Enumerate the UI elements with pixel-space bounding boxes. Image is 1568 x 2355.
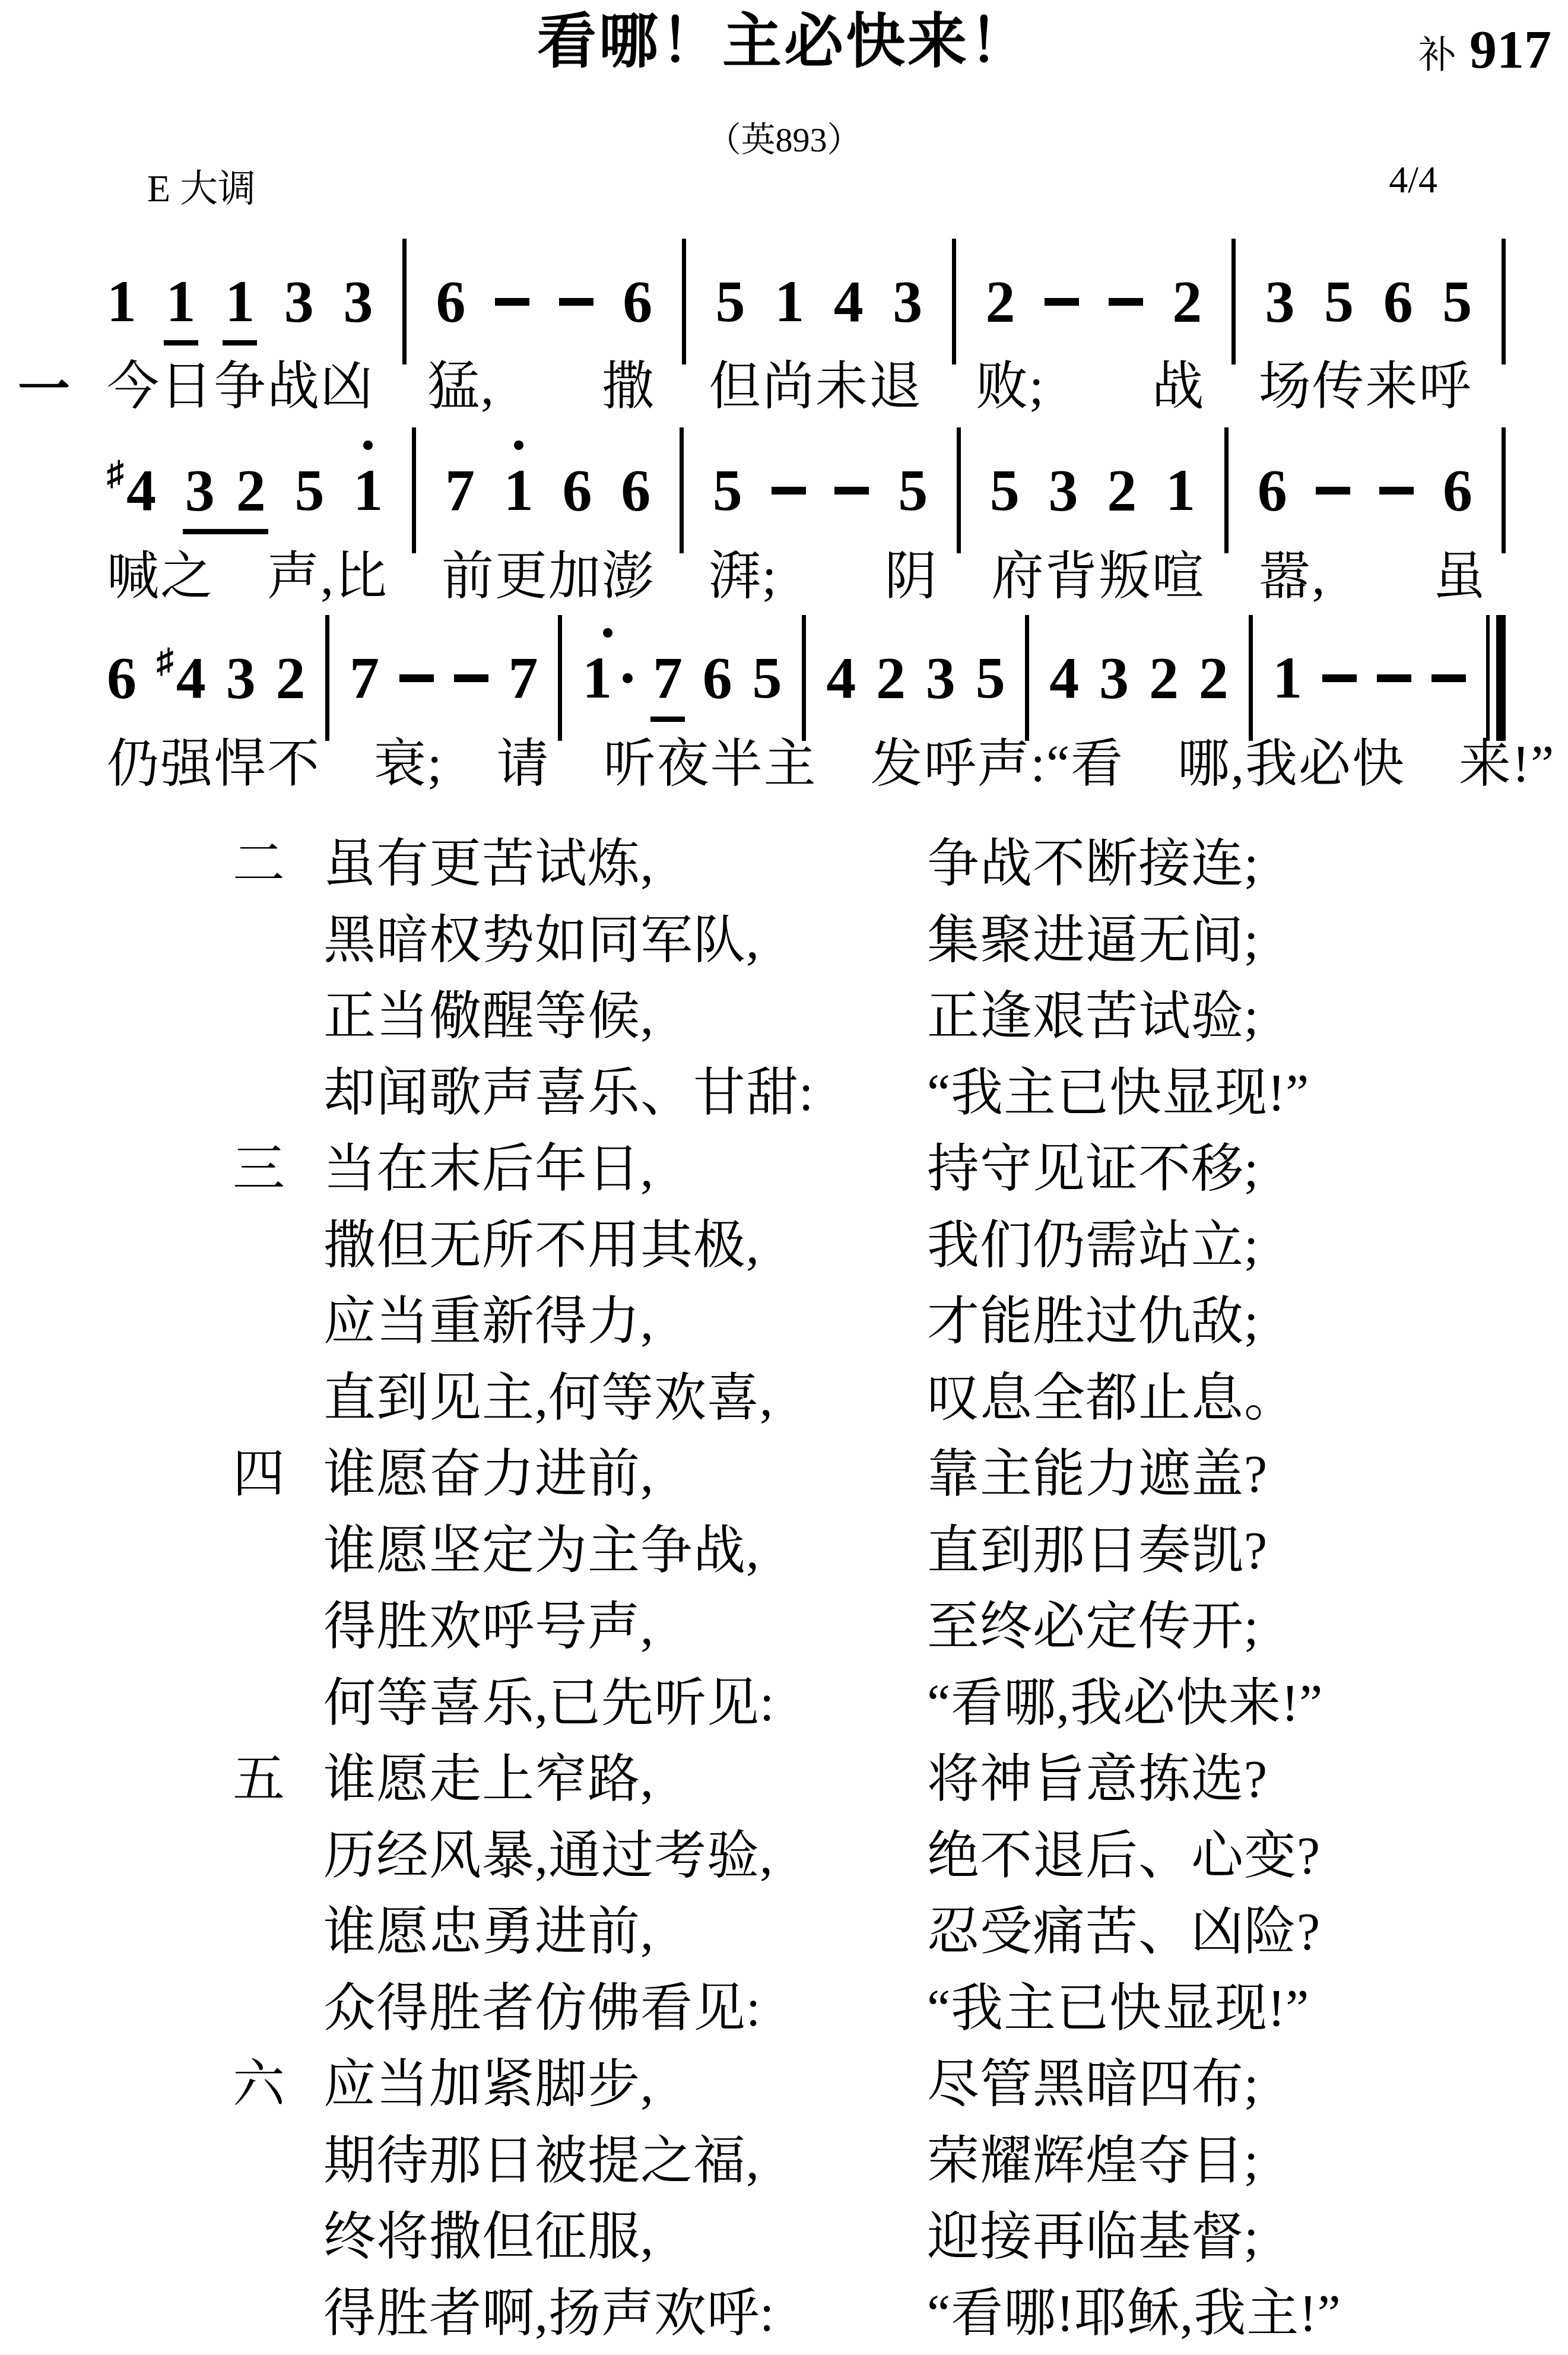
barline [1224,427,1229,553]
verse-text-right: 叹息全都止息。 [927,1373,1297,1425]
duration-dash [1431,674,1466,682]
barline [558,615,562,741]
note-digit: 1 [775,272,804,331]
hymn-subtitle: （英893） [0,112,1568,161]
sharp-accidental: ♯ [157,644,174,679]
verse-line: 众得胜者仿佛看见:“我主已快显现!” [0,1971,1568,2047]
note: 1 [1272,648,1302,708]
note-digit: 1 [225,272,255,331]
augmentation-dot [623,673,633,683]
note: 5 [295,461,325,520]
note-digit: 5 [295,461,325,520]
verse-text-left: 应当重新得力, [323,1296,654,1348]
verse-text-left: 正当儆醒等候, [323,991,654,1043]
verse-line: 六应当加紧脚步,尽管黑暗四布; [0,2047,1568,2123]
duration-dash [399,674,434,682]
duration-dash [1377,674,1411,682]
note: 5 [716,272,745,331]
verse-number: 三 [233,1143,285,1196]
barline [682,239,686,364]
verse-text-right: 争战不断接连; [927,838,1259,890]
verse-line: 得胜欢呼号声,至终必定传开; [0,1589,1568,1666]
note: 5 [1324,272,1354,331]
note-digit: 2 [275,648,305,708]
note: 1 [775,272,804,331]
note: 2 [1199,648,1229,708]
note-digit: 2 [876,648,906,708]
hymn-number: 补 917 [1418,18,1551,81]
verse-text-left: 撒但无所不用其极, [323,1220,760,1272]
lyric-line-2: 喊之 声,比 前更加澎 湃; 阴 府背叛喧 嚣, 虽 [107,551,1486,603]
note: 6 [703,648,732,708]
note-digit: 6 [1258,461,1287,520]
note-digit: 3 [893,272,922,331]
verse-line: 何等喜乐,已先听见:“看哪,我必快来!” [0,1666,1568,1742]
octave-dot [514,440,523,450]
note-digit: 5 [716,272,745,331]
note: 1 [166,272,196,331]
note: 6 [436,272,466,331]
verse-line: 谁愿坚定为主争战,直到那日奏凯? [0,1513,1568,1590]
note: 6 [621,461,650,520]
verse-line: 三当在末后年日,持守见证不移; [0,1131,1568,1208]
note: 3 [284,272,314,331]
hymn-number-prefix: 补 [1418,24,1456,79]
note-digit: 6 [436,272,466,331]
note-digit: 2 [1149,648,1179,708]
note-digit: 7 [350,648,379,708]
note: 3 [1099,648,1129,708]
verse-text-right: 荣耀辉煌夺目; [927,2135,1259,2188]
note-digit: 6 [703,648,732,708]
note: 3 [343,272,373,331]
note-digit: 2 [1107,461,1137,520]
note-digit: 2 [1172,272,1202,331]
verse-1-marker: 一 [18,364,70,417]
note-digit: 2 [986,272,1015,331]
beamed-note-group: 32 [185,461,266,520]
verse-text-right: 才能胜过仇敌; [927,1296,1259,1348]
note: 4 [1049,648,1079,708]
verse-text-right: 持守见证不移; [927,1143,1259,1196]
barline [952,239,956,364]
duration-dash [454,674,488,682]
verse-text-left: 何等喜乐,已先听见: [323,1678,775,1730]
note-digit: 5 [753,648,782,708]
verse-text-left: 得胜欢呼号声, [323,1601,654,1653]
hymn-sheet-page: 看哪！主必快来！ 补 917 （英893） E 大调 4/4 111336651… [0,0,1568,2355]
note-digit: 3 [1099,648,1129,708]
duration-dash [1379,487,1414,495]
note-digit: 6 [1443,461,1472,520]
note: 1 [353,461,383,520]
music-line-3: 6♯432771765423543221 [107,613,1506,743]
note-digit: 1 [166,272,196,331]
note-digit: 5 [898,461,928,520]
note: 6 [107,648,137,708]
duration-dash [772,487,806,495]
verse-text-left: 黑暗权势如同军队, [323,915,760,967]
verse-text-left: 历经风暴,通过考验, [323,1830,773,1882]
note-digit: 3 [1049,461,1078,520]
barline [802,615,806,741]
note-digit: 5 [1324,272,1354,331]
sharp-accidental: ♯ [107,457,124,491]
note: 1 [1166,461,1195,520]
verse-text-left: 谁愿坚定为主争战, [323,1525,760,1577]
music-line-1: 11133665143223565 [107,236,1506,367]
note-digit: 3 [226,648,256,708]
duration-dash [495,298,529,306]
verse-text-right: “我主已快显现!” [927,1067,1309,1120]
note: 6 [623,272,652,331]
verse-line: 正当儆醒等候,正逢艰苦试验; [0,979,1568,1056]
barline [402,239,407,364]
verse-text-right: 绝不退后、心变? [927,1830,1321,1882]
verse-line: 黑暗权势如同军队,集聚进逼无间; [0,903,1568,980]
note: 1 [504,461,534,520]
verse-line: 五谁愿走上窄路,将神旨意拣选? [0,1742,1568,1818]
note-digit: 4 [126,461,156,520]
note: 7 [509,648,538,708]
verse-line: 期待那日被提之福,荣耀辉煌夺目; [0,2123,1568,2200]
note: 3 [893,272,922,331]
note-digit: 3 [343,272,373,331]
note: 5 [1442,272,1472,331]
note-digit: 5 [1442,272,1472,331]
verse-line: 撒但无所不用其极,我们仍需站立; [0,1208,1568,1285]
note: ♯4 [157,648,206,708]
note-digit: 3 [926,648,956,708]
note: 3 [926,648,956,708]
duration-dash [559,298,593,306]
verse-text-left: 终将撒但征服, [323,2211,654,2264]
note-digit: 3 [284,272,314,331]
key-signature: E 大调 [147,158,256,213]
note: 3 [226,648,256,708]
barline [1249,615,1253,741]
note-digit: 1 [582,648,612,708]
verse-text-right: 我们仍需站立; [927,1220,1259,1272]
note: ♯4 [107,461,156,520]
verse-line: 谁愿忠勇进前,忍受痛苦、凶险? [0,1894,1568,1971]
note: 6 [1383,272,1413,331]
note-digit: 5 [990,461,1020,520]
hymn-title: 看哪！主必快来！ [0,9,1568,75]
note: 5 [898,461,928,520]
note-digit: 6 [562,461,592,520]
hymn-number-value: 917 [1469,18,1551,81]
verse-line: 二虽有更苦试炼,争战不断接连; [0,826,1568,903]
octave-dot [603,628,612,638]
verse-text-left: 期待那日被提之福, [323,2135,760,2188]
verse-number: 六 [233,2059,285,2111]
lyric-line-3: 仍强悍不 衰; 请 听夜半主 发呼声:“看 哪,我必快 来!” [107,738,1555,791]
verse-text-left: 却闻歌声喜乐、甘甜: [323,1067,814,1120]
verse-number: 四 [233,1449,285,1501]
verse-line: 历经风暴,通过考验,绝不退后、心变? [0,1818,1568,1895]
note: 3 [1265,272,1294,331]
duration-dash [1109,298,1143,306]
note: 5 [753,648,782,708]
note-digit: 4 [834,272,864,331]
verse-line: 应当重新得力,才能胜过仇敌; [0,1284,1568,1361]
verse-text-left: 应当加紧脚步, [323,2059,654,2111]
note: 4 [826,648,856,708]
note-digit: 1 [353,461,383,520]
note-digit: 1 [107,272,137,331]
barline [1025,615,1029,741]
verse-number: 二 [233,838,285,890]
duration-dash [1316,487,1350,495]
note-digit: 4 [1049,648,1079,708]
note-digit: 5 [713,461,742,520]
verse-text-right: 忍受痛苦、凶险? [927,1906,1321,1958]
note-digit: 4 [826,648,856,708]
note: 2 [876,648,906,708]
barline [1502,239,1506,364]
verse-line: 却闻歌声喜乐、甘甜:“我主已快显现!” [0,1056,1568,1132]
octave-dot [363,440,373,450]
verse-text-right: 正逢艰苦试验; [927,991,1259,1043]
barline [1502,427,1506,553]
verse-text-right: “看哪,我必快来!” [927,1678,1323,1730]
verse-text-right: 至终必定传开; [927,1601,1259,1653]
note-digit: 3 [1265,272,1294,331]
note: 6 [1258,461,1287,520]
note: 7 [445,461,475,520]
note: 7 [653,648,683,708]
verse-text-right: 靠主能力遮盖? [927,1449,1268,1501]
note-digit: 1 [504,461,534,520]
verses-section: 二虽有更苦试炼,争战不断接连;黑暗权势如同军队,集聚进逼无间;正当儆醒等候,正逢… [0,826,1568,2352]
verse-text-right: 直到那日奏凯? [927,1525,1268,1577]
note: 1 [225,272,255,331]
verse-text-right: 集聚进逼无间; [927,915,1259,967]
music-line-2: ♯43251716655532166 [107,425,1506,556]
note-digit: 7 [653,648,683,708]
note: 6 [1443,461,1472,520]
note-digit: 2 [1199,648,1229,708]
note: 2 [986,272,1015,331]
verse-text-left: 众得胜者仿佛看见: [323,1983,761,2035]
verse-text-left: 谁愿忠勇进前, [323,1906,654,1958]
verse-line: 终将撒但征服,迎接再临基督; [0,2199,1568,2276]
note: 2 [275,648,305,708]
duration-dash [1322,674,1357,682]
verse-text-left: 谁愿走上窄路, [323,1754,654,1806]
note-digit: 4 [176,648,206,708]
note: 5 [713,461,742,520]
note-digit: 6 [623,272,652,331]
note-digit: 3 [185,461,215,520]
verse-line: 得胜者啊,扬声欢呼:“看哪!耶稣,我主!” [0,2276,1568,2353]
verse-text-right: 将神旨意拣选? [927,1754,1268,1806]
note-digit: 6 [621,461,650,520]
verse-number: 五 [233,1754,285,1806]
barline [412,427,416,553]
verse-text-right: “我主已快显现!” [927,1983,1309,2035]
duration-dash [834,487,869,495]
verse-text-left: 谁愿奋力进前, [323,1449,654,1501]
note-digit: 6 [1383,272,1413,331]
note: 5 [976,648,1005,708]
verse-text-right: 迎接再临基督; [927,2211,1259,2264]
barline [957,427,961,553]
verse-text-left: 直到见主,何等欢喜, [323,1373,773,1425]
note-digit: 1 [1272,648,1302,708]
note-digit: 7 [509,648,538,708]
note-digit: 6 [107,648,137,708]
note: 2 [1107,461,1137,520]
note-digit: 7 [445,461,475,520]
verse-text-left: 当在末后年日, [323,1143,654,1196]
note: 1 [107,272,137,331]
verse-line: 直到见主,何等欢喜,叹息全都止息。 [0,1361,1568,1437]
note: 6 [562,461,592,520]
final-barline [1486,615,1506,741]
note: 5 [990,461,1020,520]
verse-text-right: “看哪!耶稣,我主!” [927,2288,1341,2340]
note: 4 [834,272,864,331]
verse-text-right: 尽管黑暗四布; [927,2059,1259,2111]
barline [325,615,329,741]
barline [1231,239,1236,364]
note: 2 [1172,272,1202,331]
barline [680,427,684,553]
note: 2 [1149,648,1179,708]
note-digit: 2 [236,461,266,520]
note: 1 [582,648,633,708]
verse-text-left: 虽有更苦试炼, [323,838,654,890]
note: 3 [1049,461,1078,520]
duration-dash [1045,298,1079,306]
note-digit: 5 [976,648,1005,708]
lyric-line-1: 今日争战凶 猛, 撒 但尚未退 败; 战 场传来呼 [107,361,1472,413]
note-digit: 1 [1166,461,1195,520]
verse-line: 四谁愿奋力进前,靠主能力遮盖? [0,1437,1568,1513]
time-signature: 4/4 [1389,158,1437,202]
note: 7 [350,648,379,708]
verse-text-left: 得胜者啊,扬声欢呼: [323,2288,775,2340]
